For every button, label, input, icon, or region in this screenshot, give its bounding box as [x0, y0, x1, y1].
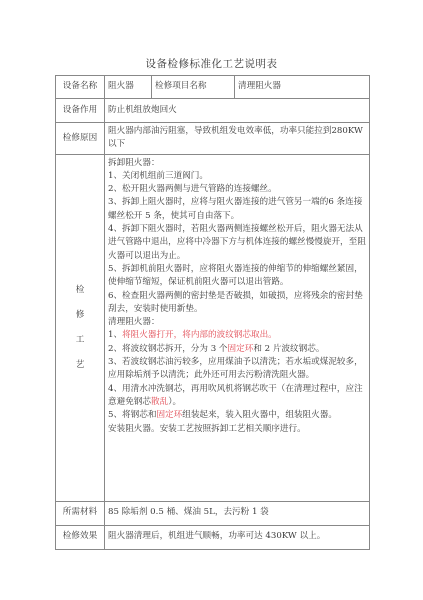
table-row-equipment: 设备名称 阻火器 检修项目名称 清理阻火器 [56, 76, 370, 99]
equipment-name-value: 阻火器 [105, 76, 152, 99]
table-row-reason: 检修原因 阻火器内部油污阻塞，导致机组发电效率低，功率只能拉到280KW 以下 [56, 123, 370, 155]
disassembly-step: 1、关闭机组前三道阀门。 [108, 170, 366, 183]
cleaning-step-5: 5、将钢芯和固定环组装起来，装入阻火器中，组装阻火器。 [108, 409, 366, 422]
document-title: 设备检修标准化工艺说明表 [0, 56, 423, 71]
table-row-process: 检 修 工 艺 拆卸阻火器： 1、关闭机组前三道阀门。 2、松开阻火器两侧与进气… [56, 154, 370, 501]
process-label-char: 工 [57, 328, 103, 353]
process-label-char: 修 [57, 303, 103, 328]
disassembly-step: 5、拆卸机前阻火器时，应将阻火器连接的伸缩节的伸缩螺丝紧固，使伸缩节缩短，保证机… [108, 263, 366, 290]
project-name-label: 检修项目名称 [152, 76, 235, 99]
step-text: ）。 [168, 397, 181, 407]
table-row-effect: 检修效果 阻火器清理后，机组进气顺畅，功率可达 430KW 以上。 [56, 525, 370, 549]
table-row-materials: 所需材料 85 除垢剂 0.5 桶、煤油 5L，去污粉 1 袋 [56, 501, 370, 525]
disassembly-step: 2、松开阻火器两侧与进气管路的连接螺丝。 [108, 183, 366, 196]
process-label-char: 艺 [57, 353, 103, 378]
disassembly-step: 4、拆卸下阻火器时，若阻火器两侧连接螺丝松开后，阻火器无法从进气管路中退出，应将… [108, 223, 366, 263]
install-text: 安装阻火器。安装工艺按照拆卸工艺相关顺序进行。 [108, 423, 366, 436]
reason-value: 阻火器内部油污阻塞，导致机组发电效率低，功率只能拉到280KW 以下 [105, 123, 370, 155]
step-text: 和 2 片波纹钢芯。 [253, 344, 324, 354]
materials-label: 所需材料 [56, 501, 105, 525]
disassembly-step: 3、拆卸上阻火器时，应将与阻火器连接的进气管另一端的6 条连接螺丝松开 5 条，… [108, 196, 366, 223]
cleaning-step-2: 2、将波纹钢芯拆开，分为 3 个固定环和 2 片波纹钢芯。 [108, 343, 366, 356]
project-name-value: 清理阻火器 [235, 76, 370, 99]
process-label: 检 修 工 艺 [56, 154, 105, 501]
equipment-name-label: 设备名称 [56, 76, 105, 99]
process-label-char: 检 [57, 278, 103, 303]
materials-value: 85 除垢剂 0.5 桶、煤油 5L，去污粉 1 袋 [105, 501, 370, 525]
reason-label: 检修原因 [56, 123, 105, 155]
step-number: 1、 [108, 330, 122, 340]
step-text: 4、用清水冲洗钢芯，再用吹风机将钢芯吹干（在清理过程中，应注意避免钢芯 [108, 384, 363, 407]
disassembly-heading: 拆卸阻火器： [108, 157, 366, 170]
process-content: 拆卸阻火器： 1、关闭机组前三道阀门。 2、松开阻火器两侧与进气管路的连接螺丝。… [105, 154, 370, 501]
function-value: 防止机组放炮回火 [105, 99, 370, 123]
table-row-function: 设备作用 防止机组放炮回火 [56, 99, 370, 123]
step-text: 2、将波纹钢芯拆开，分为 3 个 [108, 344, 228, 354]
cleaning-heading: 清理阻火器： [108, 316, 366, 329]
function-label: 设备作用 [56, 99, 105, 123]
highlighted-text: 将阻火器打开，将内部的波纹钢芯取出。 [122, 330, 277, 340]
cleaning-step-4: 4、用清水冲洗钢芯，再用吹风机将钢芯吹干（在清理过程中，应注意避免钢芯散乱）。 [108, 383, 366, 410]
effect-value: 阻火器清理后，机组进气顺畅，功率可达 430KW 以上。 [105, 525, 370, 549]
effect-label: 检修效果 [56, 525, 105, 549]
step-text: 5、将钢芯和 [108, 410, 156, 420]
highlighted-text: 固定环 [156, 410, 182, 420]
disassembly-step: 6、检查阻火器两侧的密封垫是否破损，如破损，应将残余的密封垫刮去，安装时使用新垫… [108, 290, 366, 317]
step-text: 组装起来，装入阻火器中，组装阻火器。 [182, 410, 337, 420]
cleaning-step-3: 3、若波纹钢芯油污较多，应用煤油予以清洗；若水垢或煤泥较多，应用除垢剂予以清洗；… [108, 356, 366, 383]
maintenance-process-table: 设备名称 阻火器 检修项目名称 清理阻火器 设备作用 防止机组放炮回火 检修原因… [55, 75, 370, 550]
highlighted-text: 散乱 [151, 397, 168, 407]
highlighted-text: 固定环 [228, 344, 254, 354]
cleaning-step-1: 1、将阻火器打开，将内部的波纹钢芯取出。 [108, 329, 366, 342]
